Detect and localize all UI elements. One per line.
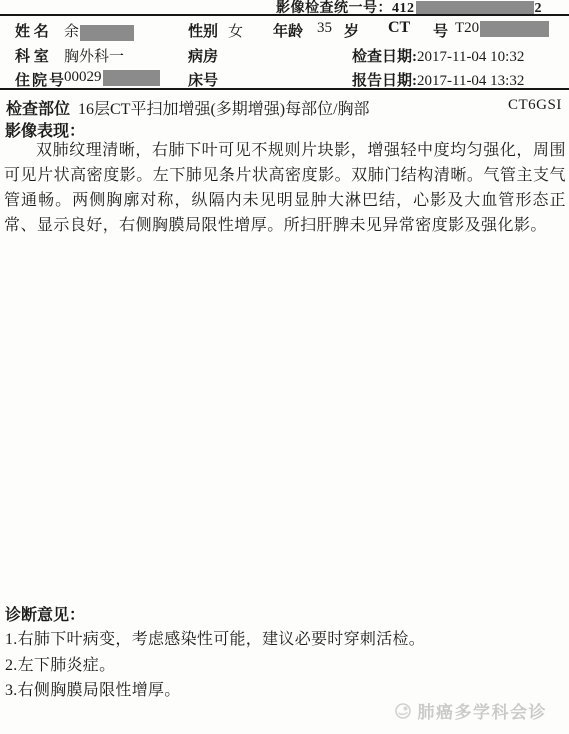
- redaction-box-admission-number: [103, 70, 160, 86]
- findings-text: 双肺纹理清晰，右肺下叶可见不规则片块影，增强轻中度均匀强化，周围可见片状高密度影…: [4, 138, 566, 238]
- diagnosis-item-2: 2.左下肺炎症。: [5, 652, 115, 675]
- exam-part-label: 检查部位: [6, 96, 70, 119]
- gender-value: 女: [228, 20, 243, 41]
- admission-number-text: 00029: [64, 69, 102, 85]
- diagnosis-item-3: 3.右侧胸膜局限性增厚。: [5, 677, 181, 700]
- redaction-box-name: [80, 25, 134, 41]
- watermark-text: 肺癌多学科会诊: [418, 698, 548, 723]
- report-date-value: 2017-11-04 13:32: [417, 73, 524, 89]
- report-date-label: 报告日期:: [352, 73, 417, 89]
- department-label: 科 室: [15, 45, 49, 66]
- ct-no-label: 号: [433, 20, 448, 41]
- ward-label: 病房: [188, 45, 218, 66]
- diagnosis-section-label: 诊断意见：: [5, 602, 85, 625]
- report-date-row: 报告日期:2017-11-04 13:32: [352, 69, 524, 90]
- exam-part-value: 16层CT平扫加增强(多期增强)每部位/胸部: [78, 96, 370, 119]
- header-divider-line: [0, 88, 569, 90]
- lung-cancer-mdt-logo-icon: [394, 702, 412, 720]
- exam-date-label: 检查日期:: [352, 49, 417, 65]
- bed-label: 床号: [188, 69, 218, 90]
- name-value-text: 余: [64, 24, 79, 40]
- top-divider-line: [0, 14, 569, 16]
- ct-report-document: 影像检查统一号：4122 姓 名 余 性别 女 年龄 35 岁 CT 号 T20…: [0, 0, 569, 734]
- department-value: 胸外科一: [64, 45, 124, 66]
- ct-label: CT: [388, 19, 410, 37]
- admission-number-value: 00029: [64, 69, 160, 86]
- age-unit: 岁: [344, 20, 359, 41]
- age-label: 年龄: [273, 20, 303, 41]
- ct-value: T20: [455, 20, 549, 37]
- redaction-box-exam-number: [416, 1, 534, 14]
- exam-date-row: 检查日期:2017-11-04 10:32: [352, 45, 524, 66]
- admission-number-label: 住院号: [15, 69, 66, 90]
- name-value: 余: [64, 20, 134, 41]
- redaction-box-ct-number: [480, 21, 549, 37]
- gender-label: 性别: [188, 20, 218, 41]
- device-code: CT6GSI: [508, 97, 562, 114]
- ct-value-text: T20: [455, 20, 479, 36]
- exam-date-value: 2017-11-04 10:32: [417, 49, 524, 65]
- watermark: 肺癌多学科会诊: [394, 698, 548, 723]
- age-value: 35: [317, 20, 332, 37]
- name-label: 姓 名: [15, 20, 49, 41]
- diagnosis-item-1: 1.右肺下叶病变，考虑感染性可能，建议必要时穿刺活检。: [5, 626, 425, 649]
